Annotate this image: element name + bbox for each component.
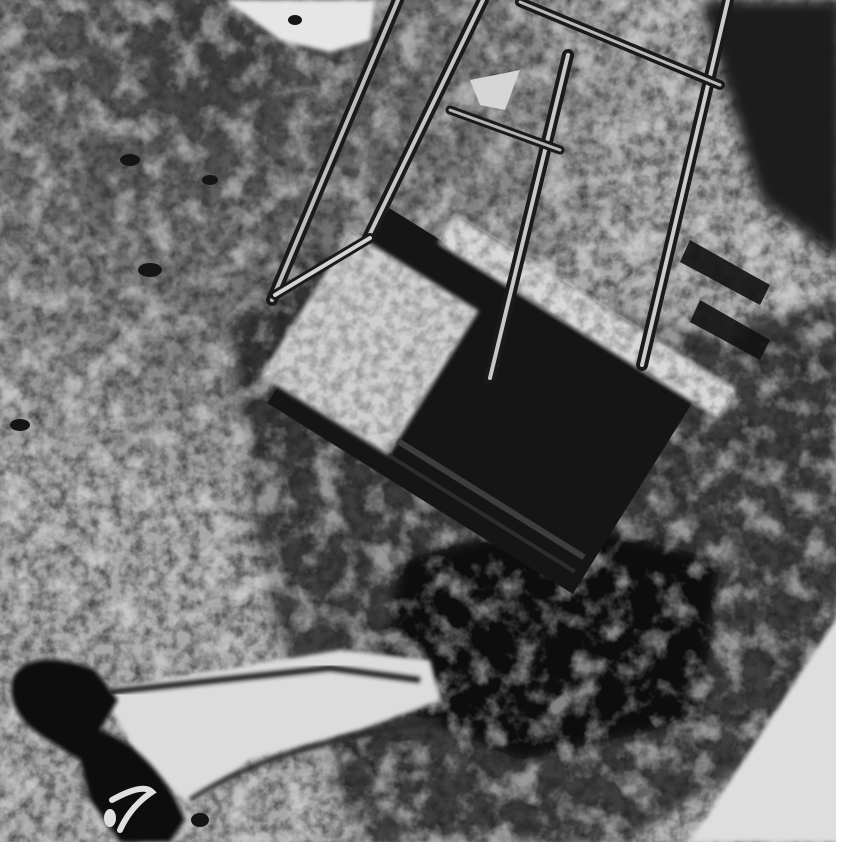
photograph — [0, 0, 842, 842]
photo-canvas — [0, 0, 842, 842]
